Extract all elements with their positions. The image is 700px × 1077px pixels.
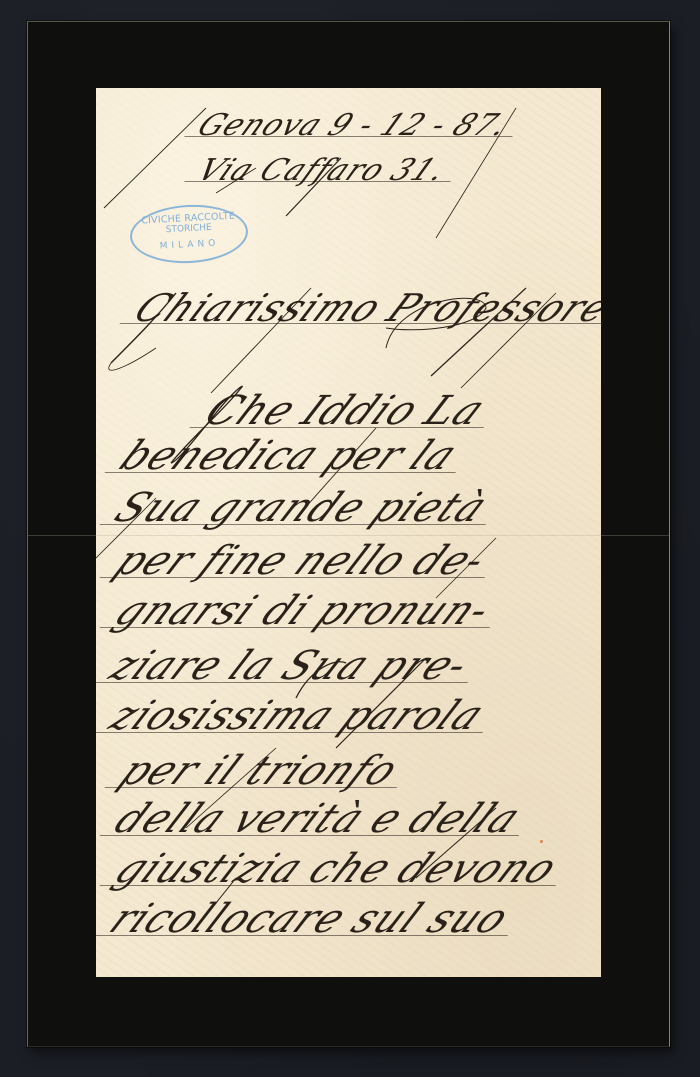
salutation: Chiarissimo Professore (126, 286, 601, 330)
body-text: ziare la Sua pre- (101, 643, 479, 689)
body-text: Sua grande pietà (106, 485, 497, 531)
body-line-4: per fine nello de- (106, 538, 496, 584)
body-text: gnarsi di pronun- (106, 588, 501, 634)
body-line-8: per il trionfo (111, 748, 408, 794)
body-text: per fine nello de- (106, 538, 496, 584)
body-text: ziosissima parola (101, 693, 493, 739)
place-date-line: Genova 9 - 12 - 87. (191, 108, 515, 143)
body-text: della verità e della (106, 796, 530, 842)
body-line-5: gnarsi di pronun- (106, 588, 501, 634)
scan-backdrop: { "document": { "type": "handwritten let… (0, 0, 700, 1077)
body-line-2: benedica per la (111, 433, 466, 479)
body-line-6: ziare la Sua pre- (101, 643, 479, 689)
place-date: Genova 9 - 12 - 87. (191, 108, 515, 143)
body-text: Che Iddio La (196, 388, 494, 434)
address: Via Caffaro 31. (191, 153, 453, 188)
stamp-line-3: MILANO (132, 237, 246, 253)
body-text: benedica per la (111, 433, 466, 479)
paper-fold-line (96, 535, 601, 536)
body-line-9: della verità e della (106, 796, 530, 842)
body-line-3: Sua grande pietà (106, 485, 497, 531)
body-line-11: ricollocare sul suo (101, 896, 519, 942)
letter-page: Genova 9 - 12 - 87. Via Caffaro 31. CIVI… (96, 88, 601, 977)
salutation-line: Chiarissimo Professore (126, 286, 601, 330)
ink-spot (540, 840, 543, 843)
body-line-10: giustizia che devono (106, 846, 567, 892)
body-text: giustizia che devono (106, 846, 567, 892)
body-text: ricollocare sul suo (101, 896, 519, 942)
body-line-1: Che Iddio La (196, 388, 494, 434)
body-line-7: ziosissima parola (101, 693, 493, 739)
address-line: Via Caffaro 31. (191, 153, 453, 188)
archive-stamp: CIVICHE RACCOLTE STORICHE MILANO (129, 202, 250, 266)
body-text: per il trionfo (111, 748, 408, 794)
